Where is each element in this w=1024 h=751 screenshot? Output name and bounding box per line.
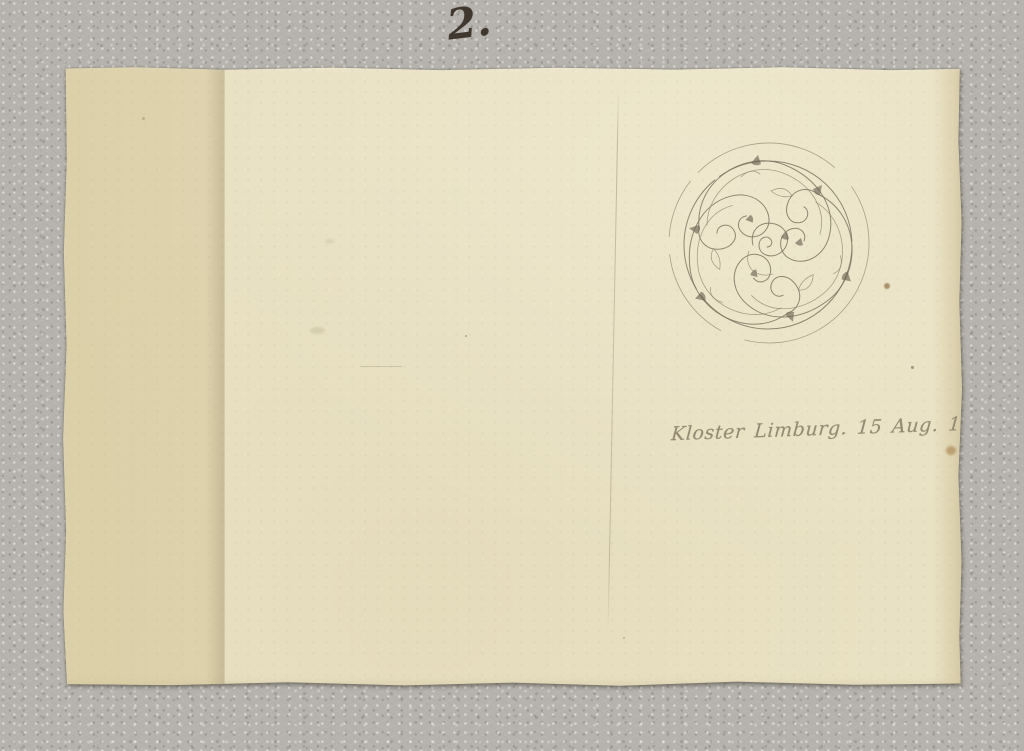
- stain-spot: [946, 446, 956, 455]
- smudge-mark: [310, 327, 325, 334]
- ornament-inner-circle: [684, 161, 852, 329]
- smudge-mark: [325, 239, 334, 244]
- digitized-drawing-page: 2.: [0, 0, 1024, 751]
- mounted-sheet-wrapper: Kloster Limburg. 15 Aug. 1860: [63, 67, 962, 686]
- left-toned-band: [63, 67, 225, 686]
- right-edge-band: [932, 67, 962, 686]
- fold-crease-line: [608, 87, 619, 633]
- stain-spot: [465, 335, 467, 337]
- folio-number: 2.: [445, 0, 494, 47]
- smudge-mark: [360, 366, 402, 367]
- ornament-sketch: [653, 133, 883, 363]
- stain-spot: [623, 637, 625, 639]
- stain-spot: [884, 283, 890, 289]
- ornament-center-curl: [748, 223, 789, 275]
- mounted-sheet: Kloster Limburg. 15 Aug. 1860: [63, 67, 962, 686]
- stain-spot: [911, 366, 914, 369]
- stain-spot: [142, 117, 145, 120]
